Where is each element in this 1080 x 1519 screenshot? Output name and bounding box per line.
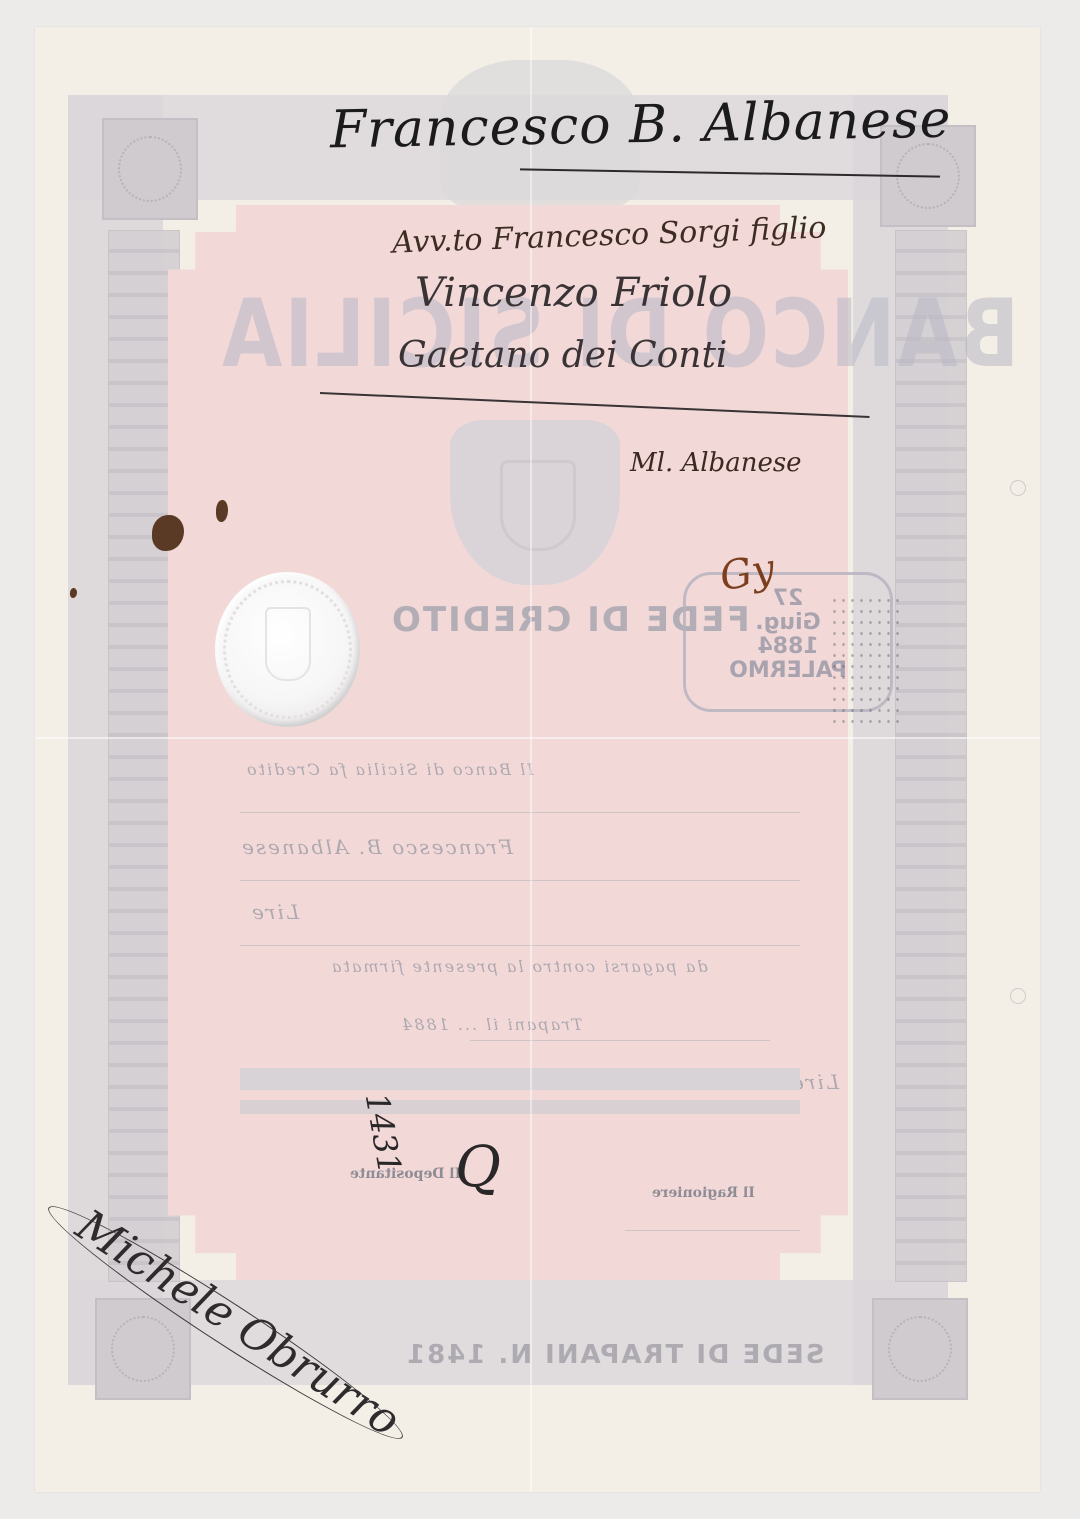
faded-script-line: da pagarsi contro la presente firmata (330, 957, 708, 976)
faded-script-line: Trapani il ... 1884 (400, 1015, 583, 1034)
coat-of-arms (450, 420, 620, 585)
handwritten-mark: Q (455, 1135, 501, 1200)
corner-medallion-top-left (102, 118, 198, 220)
horizontal-fold (35, 737, 1040, 739)
form-rule (240, 812, 800, 813)
accountant-label-mirrored: Il Ragioniere (652, 1185, 755, 1201)
corner-medallion-bottom-right (872, 1298, 968, 1400)
embossed-seal (215, 572, 360, 727)
pin-hole (1010, 988, 1026, 1004)
endorsement-initials: Ml. Albanese (630, 448, 802, 478)
pin-hole (1010, 480, 1026, 496)
amount-band (240, 1068, 800, 1090)
faded-script-line: Francesco B. Albanese (240, 835, 513, 859)
postmark-ink-speckle (830, 595, 900, 725)
printer-imprint (470, 1433, 473, 1442)
faded-script-line: Il Banco di Sicilia fa Credito (245, 760, 534, 779)
form-rule (240, 880, 800, 881)
signature-rule (625, 1230, 800, 1231)
faded-script-line: Lire (250, 900, 299, 924)
endorsement-initials: Gy (716, 546, 778, 601)
endorsement-signature: Francesco B. Albanese (330, 90, 952, 161)
amount-band (240, 1100, 800, 1114)
endorsement-signature: Vincenzo Friolo (415, 270, 732, 316)
branch-text: SEDE DI TRAPANI (543, 1340, 824, 1370)
branch-label-mirrored: SEDE DI TRAPANI N. 1481 (405, 1340, 824, 1370)
form-rule (240, 945, 800, 946)
form-rule (470, 1040, 770, 1041)
document-number: N. 1481 (405, 1340, 532, 1370)
endorsement-signature: Gaetano dei Conti (398, 335, 727, 376)
